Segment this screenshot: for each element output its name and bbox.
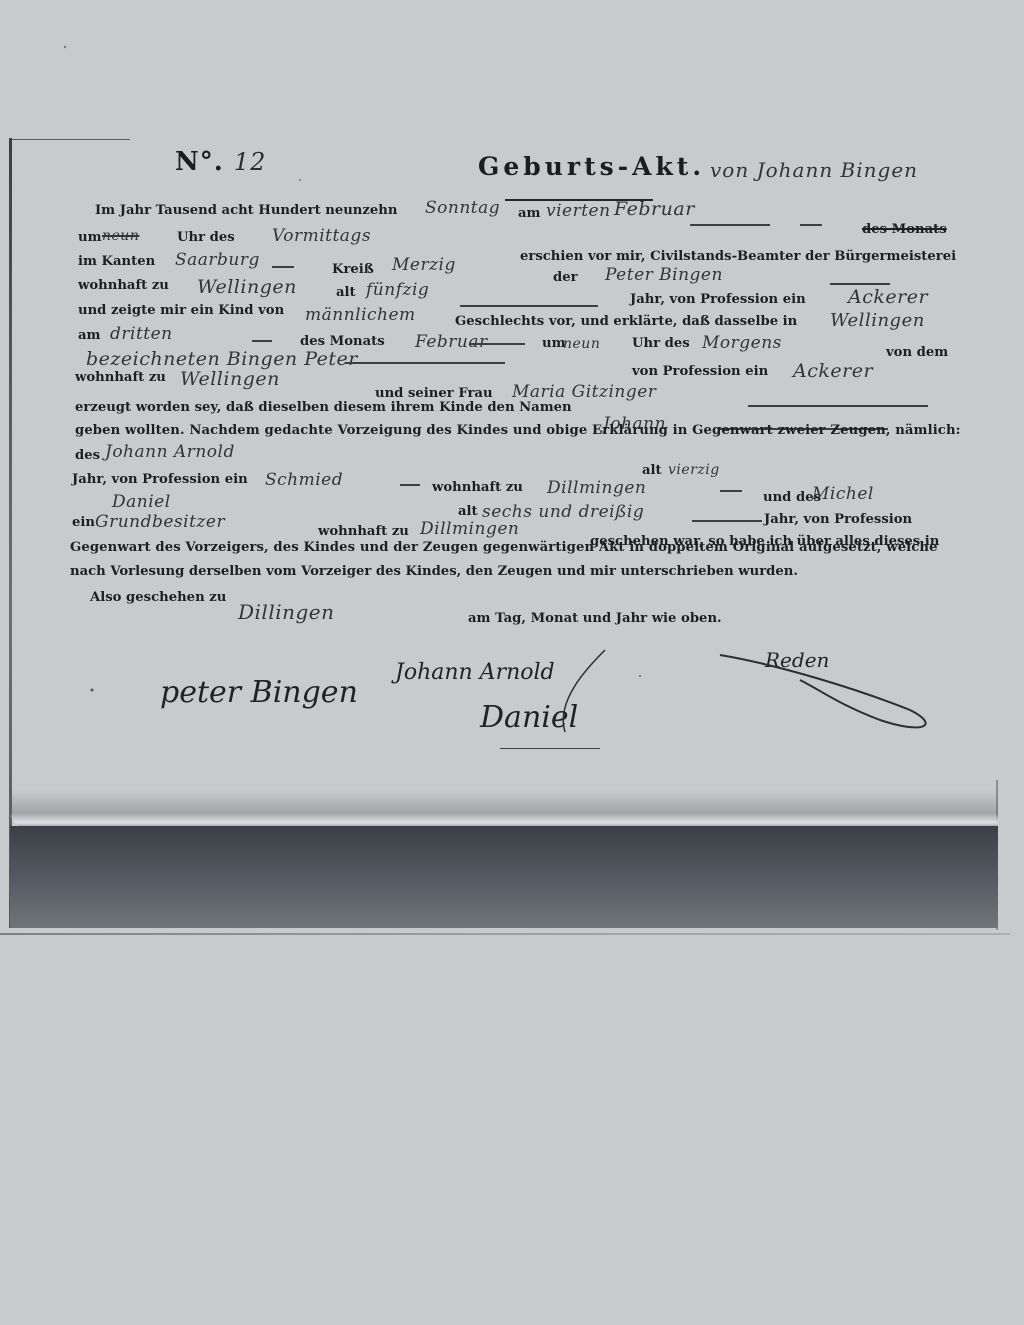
scan-bottom-edge (0, 933, 1010, 935)
scan-shadow-band (10, 826, 998, 928)
scanned-document: N°.12 Geburts-Akt. von Johann Bingen Im … (0, 0, 1024, 1325)
signature-flourish-svg (0, 0, 1024, 1325)
